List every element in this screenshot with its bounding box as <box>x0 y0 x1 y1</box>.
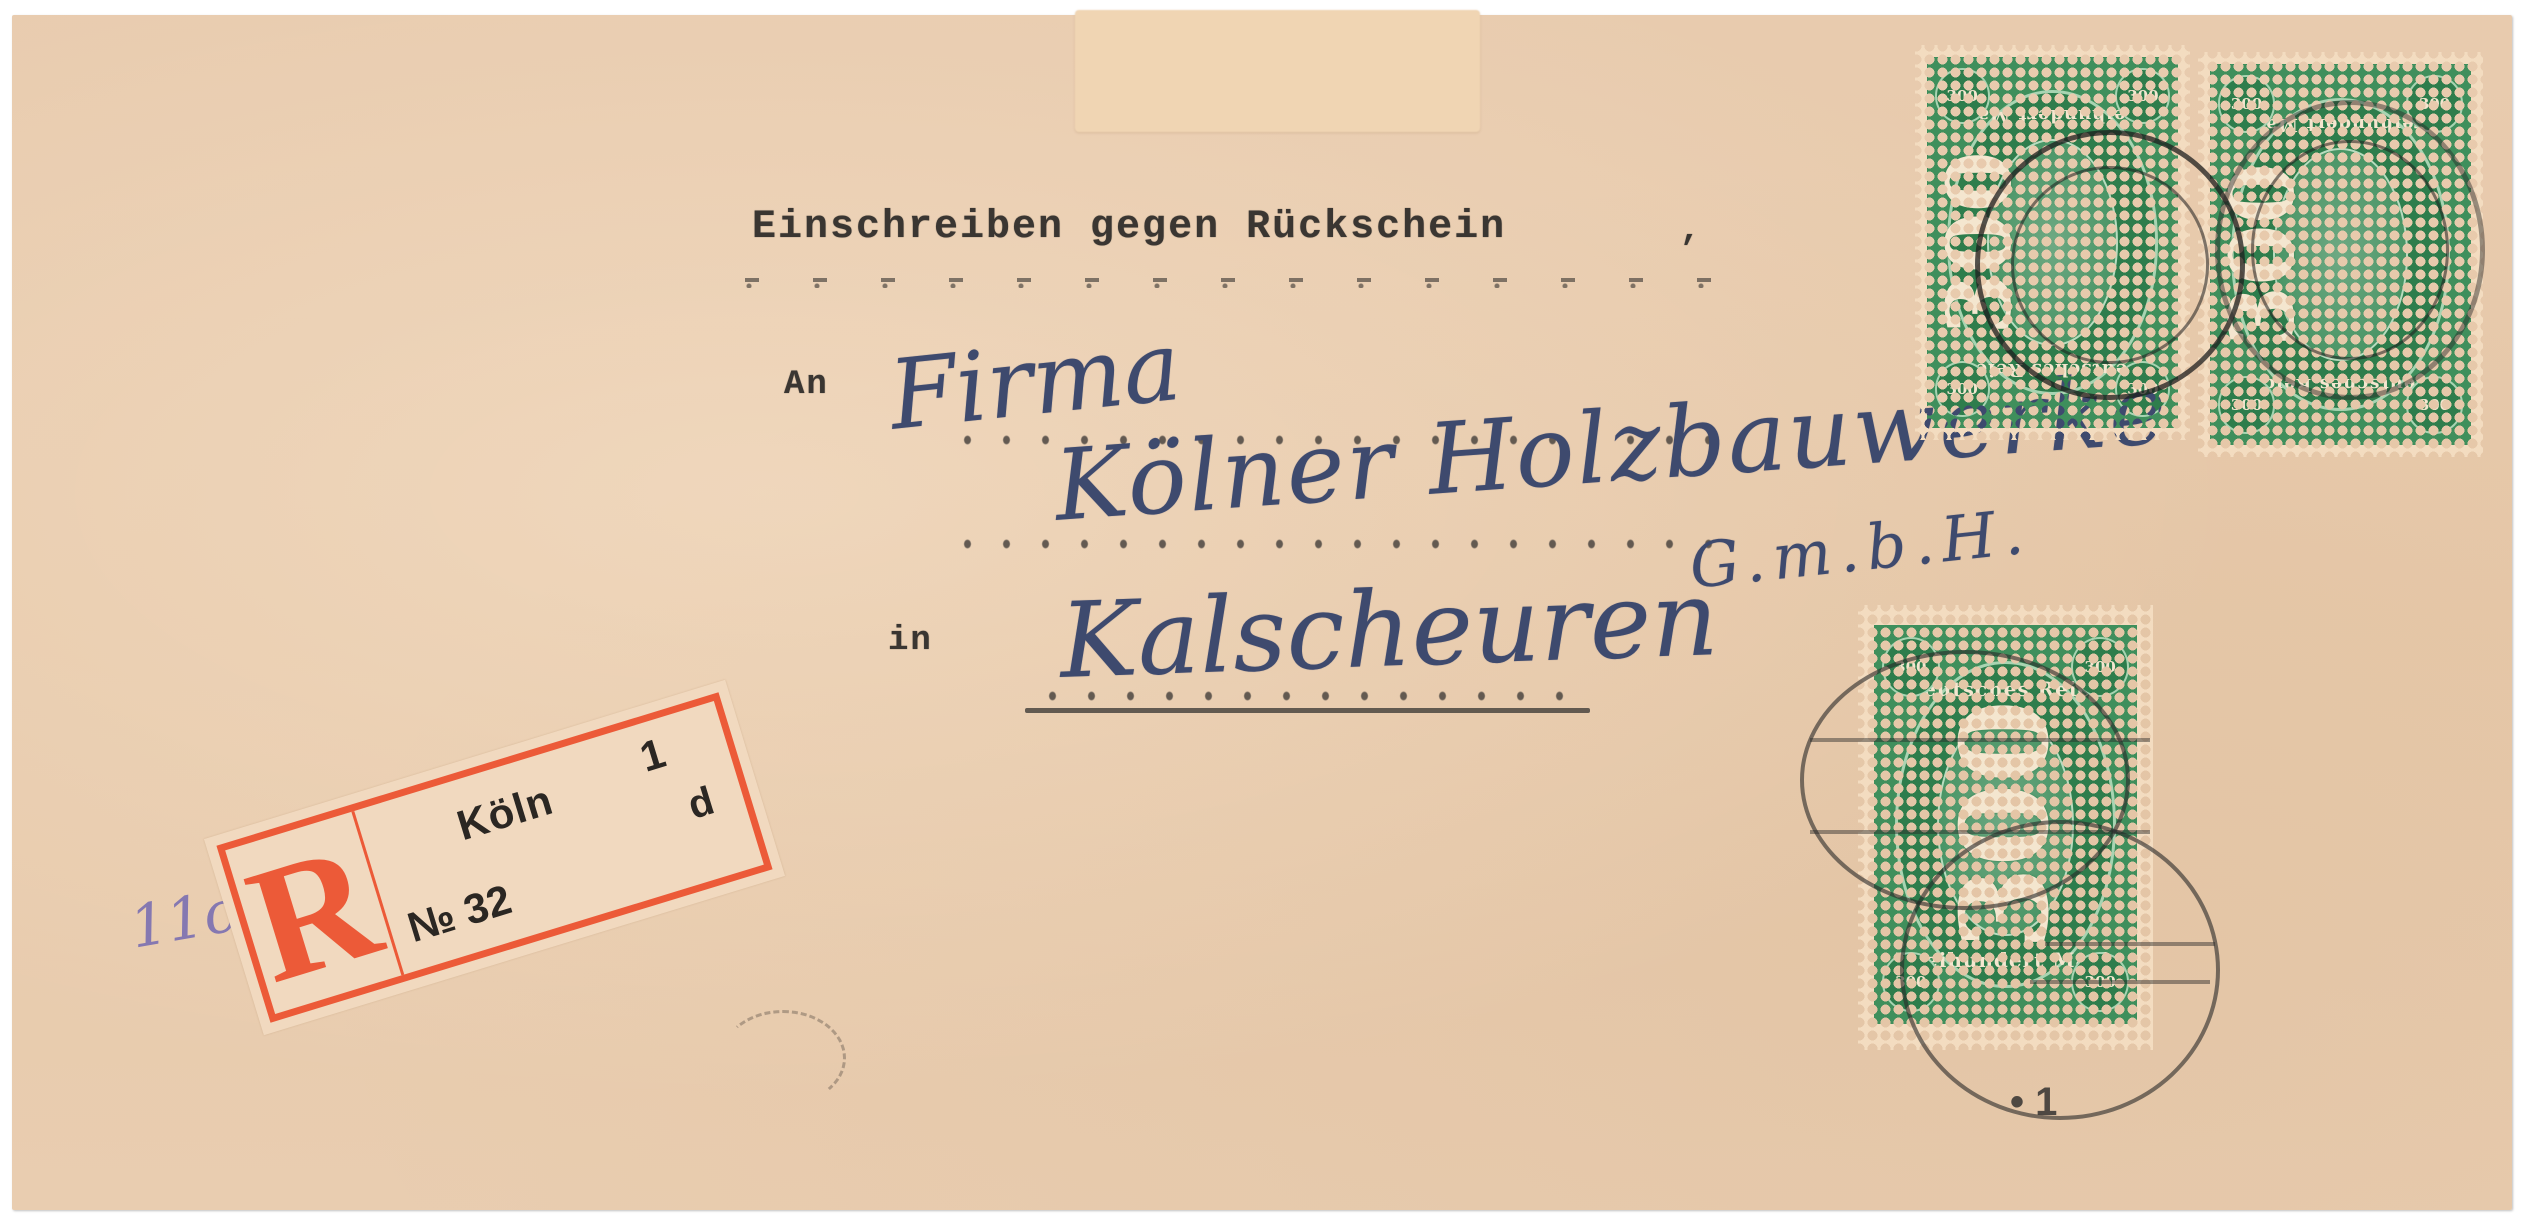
registration-number: № 32 <box>402 875 517 952</box>
paper-tape-strip <box>1075 10 1480 132</box>
stamp-corner-value: 300 <box>2218 376 2275 433</box>
registration-number-prefix: № <box>402 892 461 951</box>
postmark-bottom-mark: • 1 <box>2010 1080 2057 1125</box>
address-to-label: An <box>784 366 829 404</box>
registered-mail-heading: Einschreiben gegen Rückschein <box>752 205 1506 250</box>
address-city: Kalscheuren <box>1058 557 1720 702</box>
registration-series: d <box>683 779 720 829</box>
postmark-cancel-2 <box>2215 100 2485 400</box>
address-dot-line-3 <box>1033 690 1578 702</box>
stamp-corner-value: 300 <box>2115 68 2170 124</box>
registration-number-value: 32 <box>458 875 516 934</box>
address-dot-line-2 <box>948 538 1723 550</box>
stamp-corner-value: 300 <box>2406 376 2463 433</box>
stamp-corner-value: 300 <box>1935 361 1990 417</box>
postmark-cancel-4 <box>1900 820 2220 1120</box>
postmark-bar <box>2045 942 2215 946</box>
stamp-corner-value: 300 <box>2218 75 2275 132</box>
heading-dash-dot-rule <box>715 278 1745 288</box>
registration-office-number: 1 <box>635 729 671 782</box>
heading-mark: , <box>1680 212 1702 250</box>
faint-postmark-smudge <box>720 1010 846 1106</box>
stamp-corner-value: 300 <box>1935 68 1990 124</box>
postmark-bar <box>2030 980 2210 984</box>
address-in-label: in <box>888 622 933 660</box>
registration-office: Köln <box>452 776 559 850</box>
address-underline <box>1025 708 1590 713</box>
postmark-bar <box>1810 830 2150 834</box>
postmark-bar <box>1810 738 2150 742</box>
